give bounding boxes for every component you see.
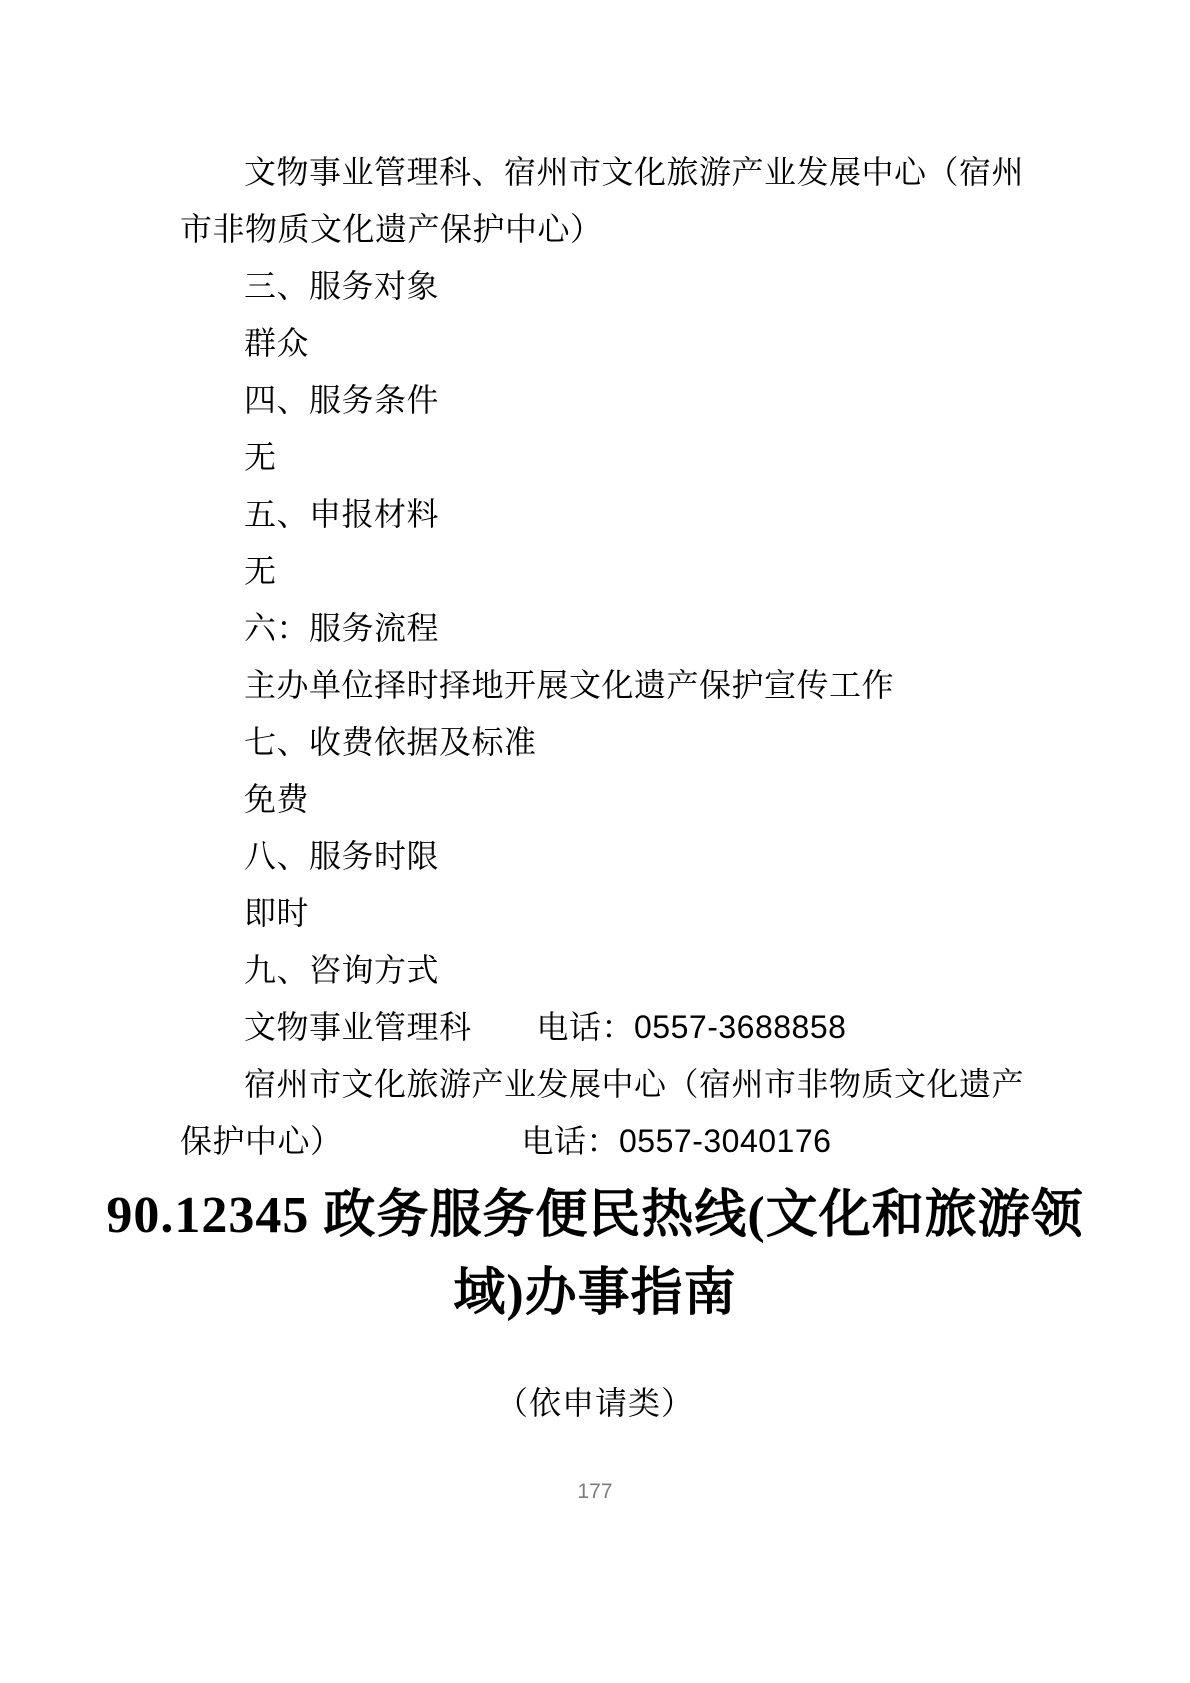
body-line: 六：服务流程 [180,600,1014,657]
section-title: 90.12345 政务服务便民热线(文化和旅游领 域)办事指南 [0,1177,1190,1333]
body-line: 七、收费依据及标准 [180,714,1014,771]
subtitle: （依申请类） [0,1383,1190,1423]
page-number: 177 [0,1480,1190,1504]
body-line: 五、申报材料 [180,486,1014,543]
section-title-line-2: 域)办事指南 [0,1255,1190,1333]
body-line: 主办单位择时择地开展文化遗产保护宣传工作 [180,657,1014,714]
document-page: 文物事业管理科、宿州市文化旅游产业发展中心（宿州市非物质文化遗产保护中心）三、服… [0,0,1190,1683]
body-line: 文物事业管理科 电话：0557-3688858 [180,999,1014,1056]
section-title-line-1: 90.12345 政务服务便民热线(文化和旅游领 [0,1177,1190,1255]
body-line: 文物事业管理科、宿州市文化旅游产业发展中心（宿州 [180,144,1014,201]
body-line: 即时 [180,885,1014,942]
body-line: 八、服务时限 [180,828,1014,885]
body-line: 免费 [180,771,1014,828]
body-text: 文物事业管理科、宿州市文化旅游产业发展中心（宿州市非物质文化遗产保护中心）三、服… [180,144,1014,1170]
body-line: 宿州市文化旅游产业发展中心（宿州市非物质文化遗产 [180,1056,1014,1113]
body-line: 九、咨询方式 [180,942,1014,999]
body-line: 无 [180,543,1014,600]
body-line: 市非物质文化遗产保护中心） [180,201,1014,258]
body-line: 保护中心） 电话：0557-3040176 [180,1113,1014,1170]
body-line: 三、服务对象 [180,258,1014,315]
body-line: 群众 [180,315,1014,372]
body-line: 无 [180,429,1014,486]
body-line: 四、服务条件 [180,372,1014,429]
